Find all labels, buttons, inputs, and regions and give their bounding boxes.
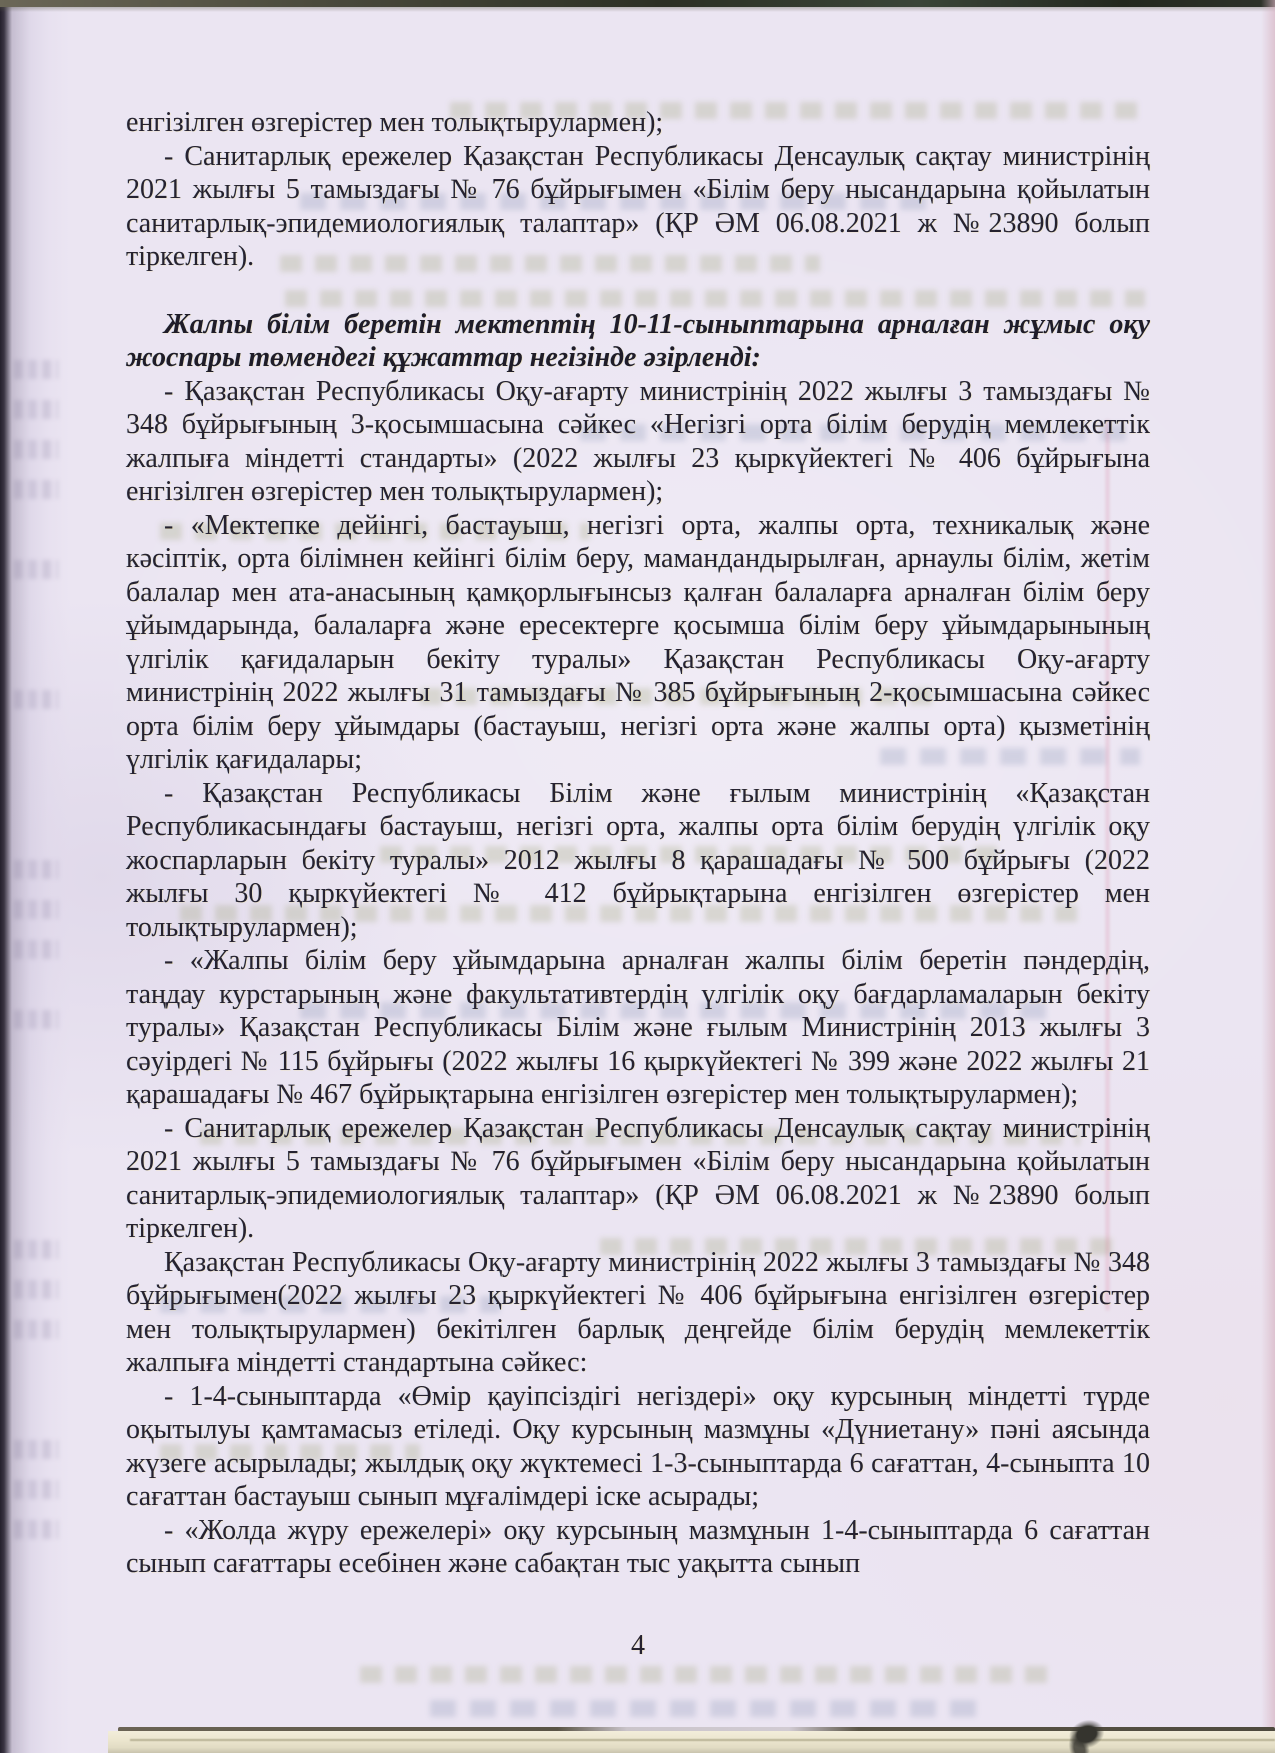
text-block: енгізілген өзгерістер мен толықтыруларме… xyxy=(126,106,1150,1581)
paragraph: - «Жалпы білім беру ұйымдарына арналған … xyxy=(126,944,1150,1112)
section-heading: Жалпы білім беретін мектептің 10-11-сыны… xyxy=(126,308,1150,375)
scan-right-edge xyxy=(1261,0,1275,1753)
paragraph: енгізілген өзгерістер мен толықтыруларме… xyxy=(126,106,1150,140)
paragraph: - «Жолда жүру ережелері» оқу курсының ма… xyxy=(126,1514,1150,1581)
binding-edge-shadow xyxy=(0,0,70,1753)
paragraph: - Санитарлық ережелер Қазақстан Республи… xyxy=(126,140,1150,274)
paragraph: - «Мектепке дейінгі, бастауыш, негізгі о… xyxy=(126,509,1150,777)
paragraph: - 1-4-сыныптарда «Өмір қауіпсіздігі негі… xyxy=(126,1380,1150,1514)
page-number: 4 xyxy=(126,1630,1150,1662)
paragraph: - Санитарлық ережелер Қазақстан Республи… xyxy=(126,1112,1150,1246)
scan-top-edge-soft xyxy=(0,7,1275,12)
scan-top-edge xyxy=(0,0,1275,7)
paragraph: - Қазақстан Республикасы Оқу-ағарту мини… xyxy=(126,375,1150,509)
paragraph: - Қазақстан Республикасы Білім және ғылы… xyxy=(126,777,1150,945)
page-content: енгізілген өзгерістер мен толықтыруларме… xyxy=(0,0,1275,1753)
scanned-document-page: { "document": { "language": "Kazakh", "p… xyxy=(0,0,1275,1753)
paragraph: Қазақстан Республикасы Оқу-ағарту минист… xyxy=(126,1246,1150,1380)
